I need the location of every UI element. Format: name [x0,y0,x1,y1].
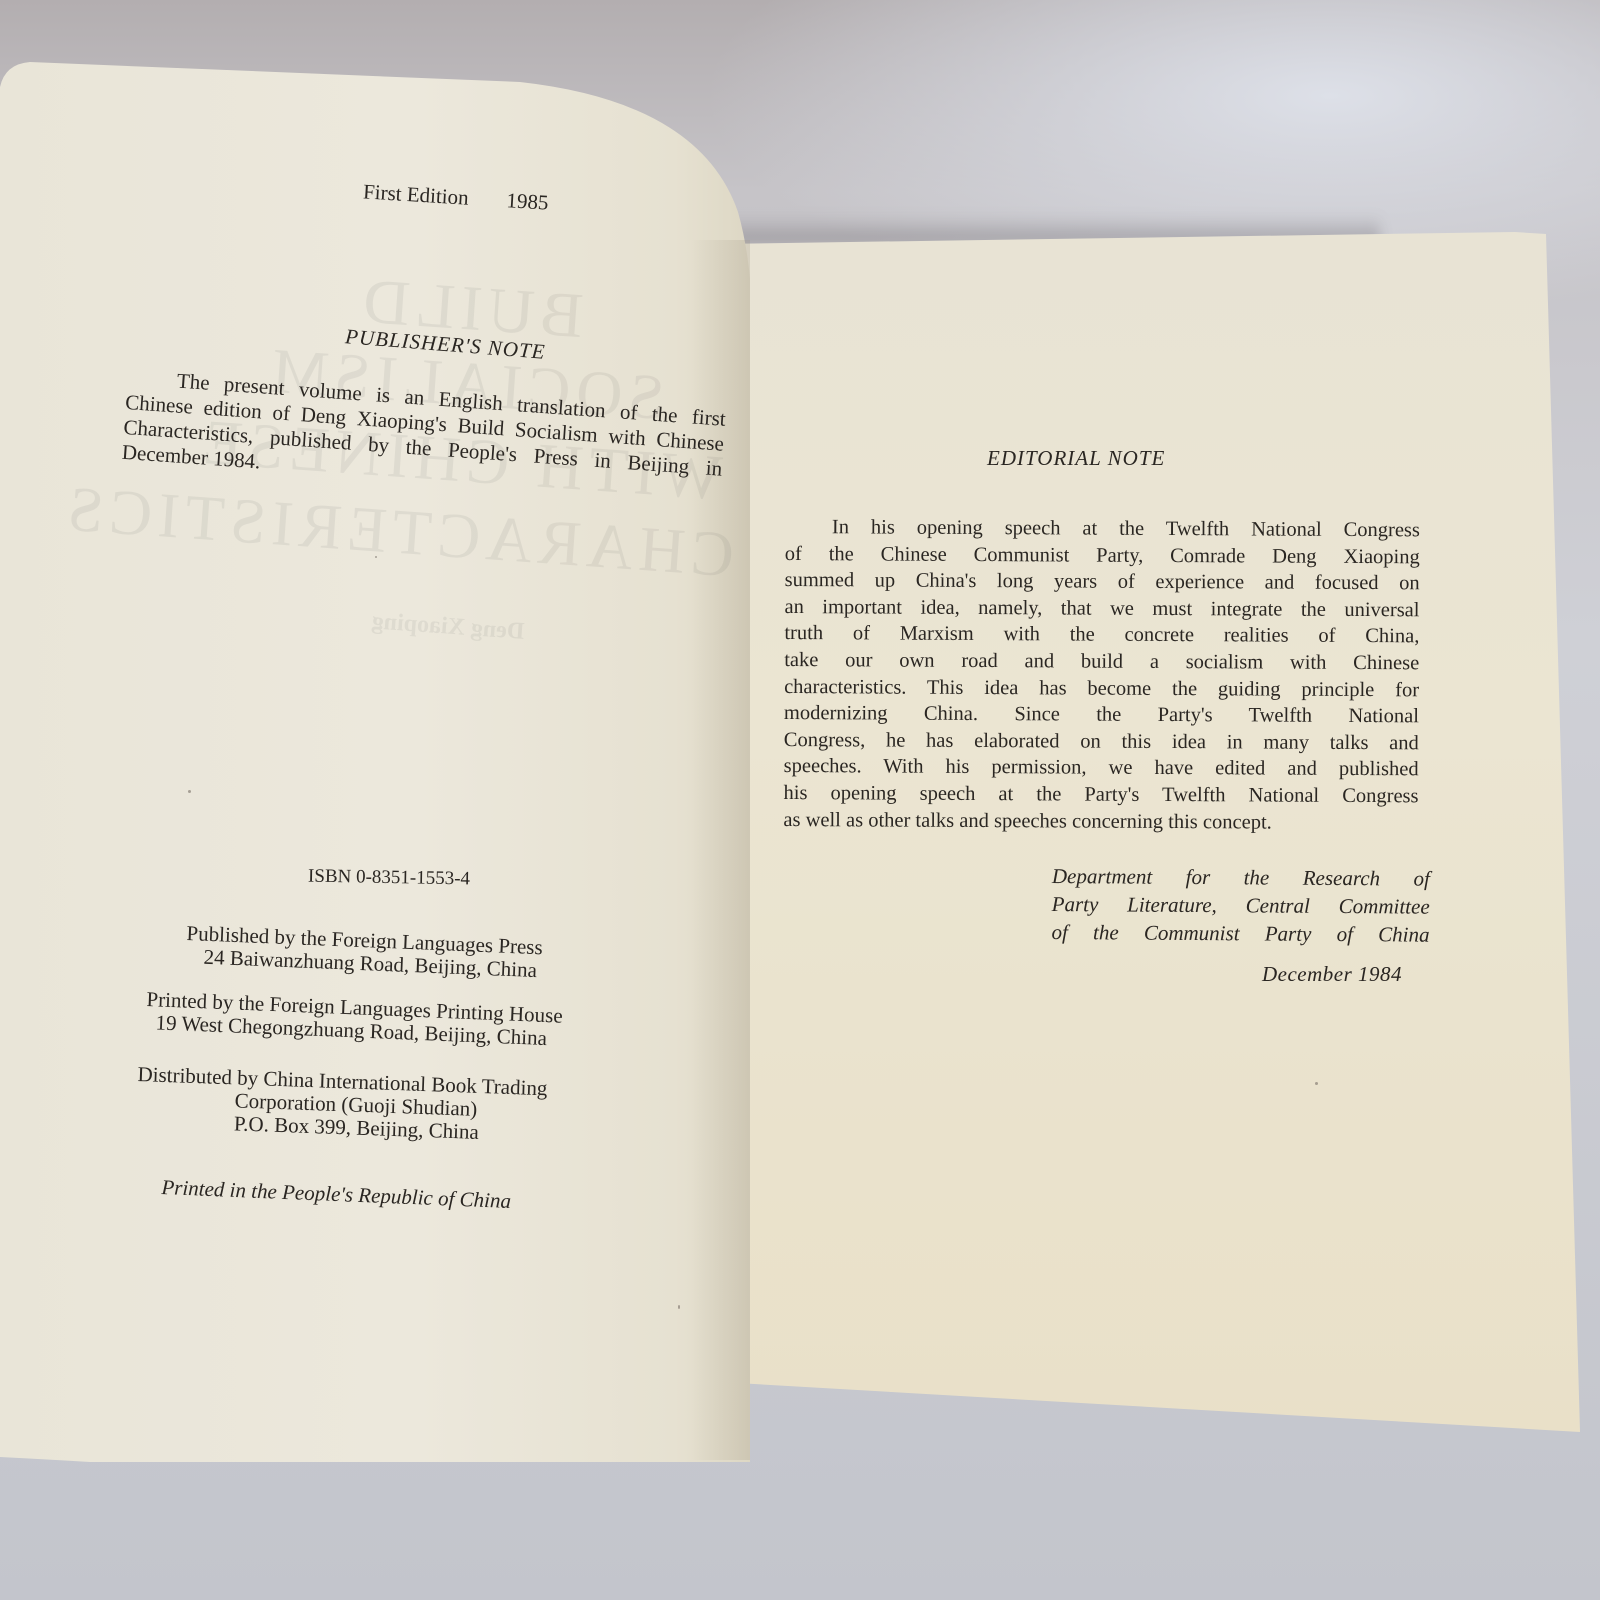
editorial-note-line: In his opening speech at the Twelfth Nat… [785,514,1420,544]
left-page [0,62,750,1462]
editorial-note-line: summed up China's long years of experien… [785,567,1420,597]
editorial-note-line: speeches. With his permission, we have e… [784,753,1419,783]
paper-speck [656,412,658,414]
distributed-by-block: Distributed by China International Book … [136,1063,548,1146]
right-page [720,232,1600,1452]
editorial-note-heading: EDITORIAL NOTE [987,446,1165,471]
edition-year: 1985 [506,188,549,215]
paper-speck [1315,1082,1318,1085]
signature-line: Department for the Research of [1052,862,1430,893]
editorial-note-body: In his opening speech at the Twelfth Nat… [783,514,1420,836]
paper-speck [188,790,191,793]
signature-line: Party Literature, Central Committee [1052,890,1430,921]
editorial-note-line: as well as other talks and speeches conc… [783,807,1418,837]
editorial-note-line: his opening speech at the Party's Twelft… [783,780,1418,810]
edition-label: First Edition [362,179,469,209]
editorial-note-line: an important idea, namely, that we must … [784,594,1419,624]
paper-speck [678,1305,680,1309]
editorial-note-line: truth of Marxism with the concrete reali… [784,620,1419,650]
editorial-signature: Department for the Research of Party Lit… [1051,862,1430,949]
isbn: ISBN 0-8351-1553-4 [308,866,470,891]
editorial-note-line: take our own road and build a socialism … [784,647,1419,677]
signature-line: of the Communist Party of China [1051,918,1429,949]
editorial-note-line: Congress, he has elaborated on this idea… [784,727,1419,757]
editorial-note-line: characteristics. This idea has become th… [784,674,1419,704]
paper-speck [375,556,377,558]
editorial-date: December 1984 [1262,962,1402,987]
editorial-note-line: modernizing China. Since the Party's Twe… [784,700,1419,730]
editorial-note-line: of the Chinese Communist Party, Comrade … [785,541,1420,571]
